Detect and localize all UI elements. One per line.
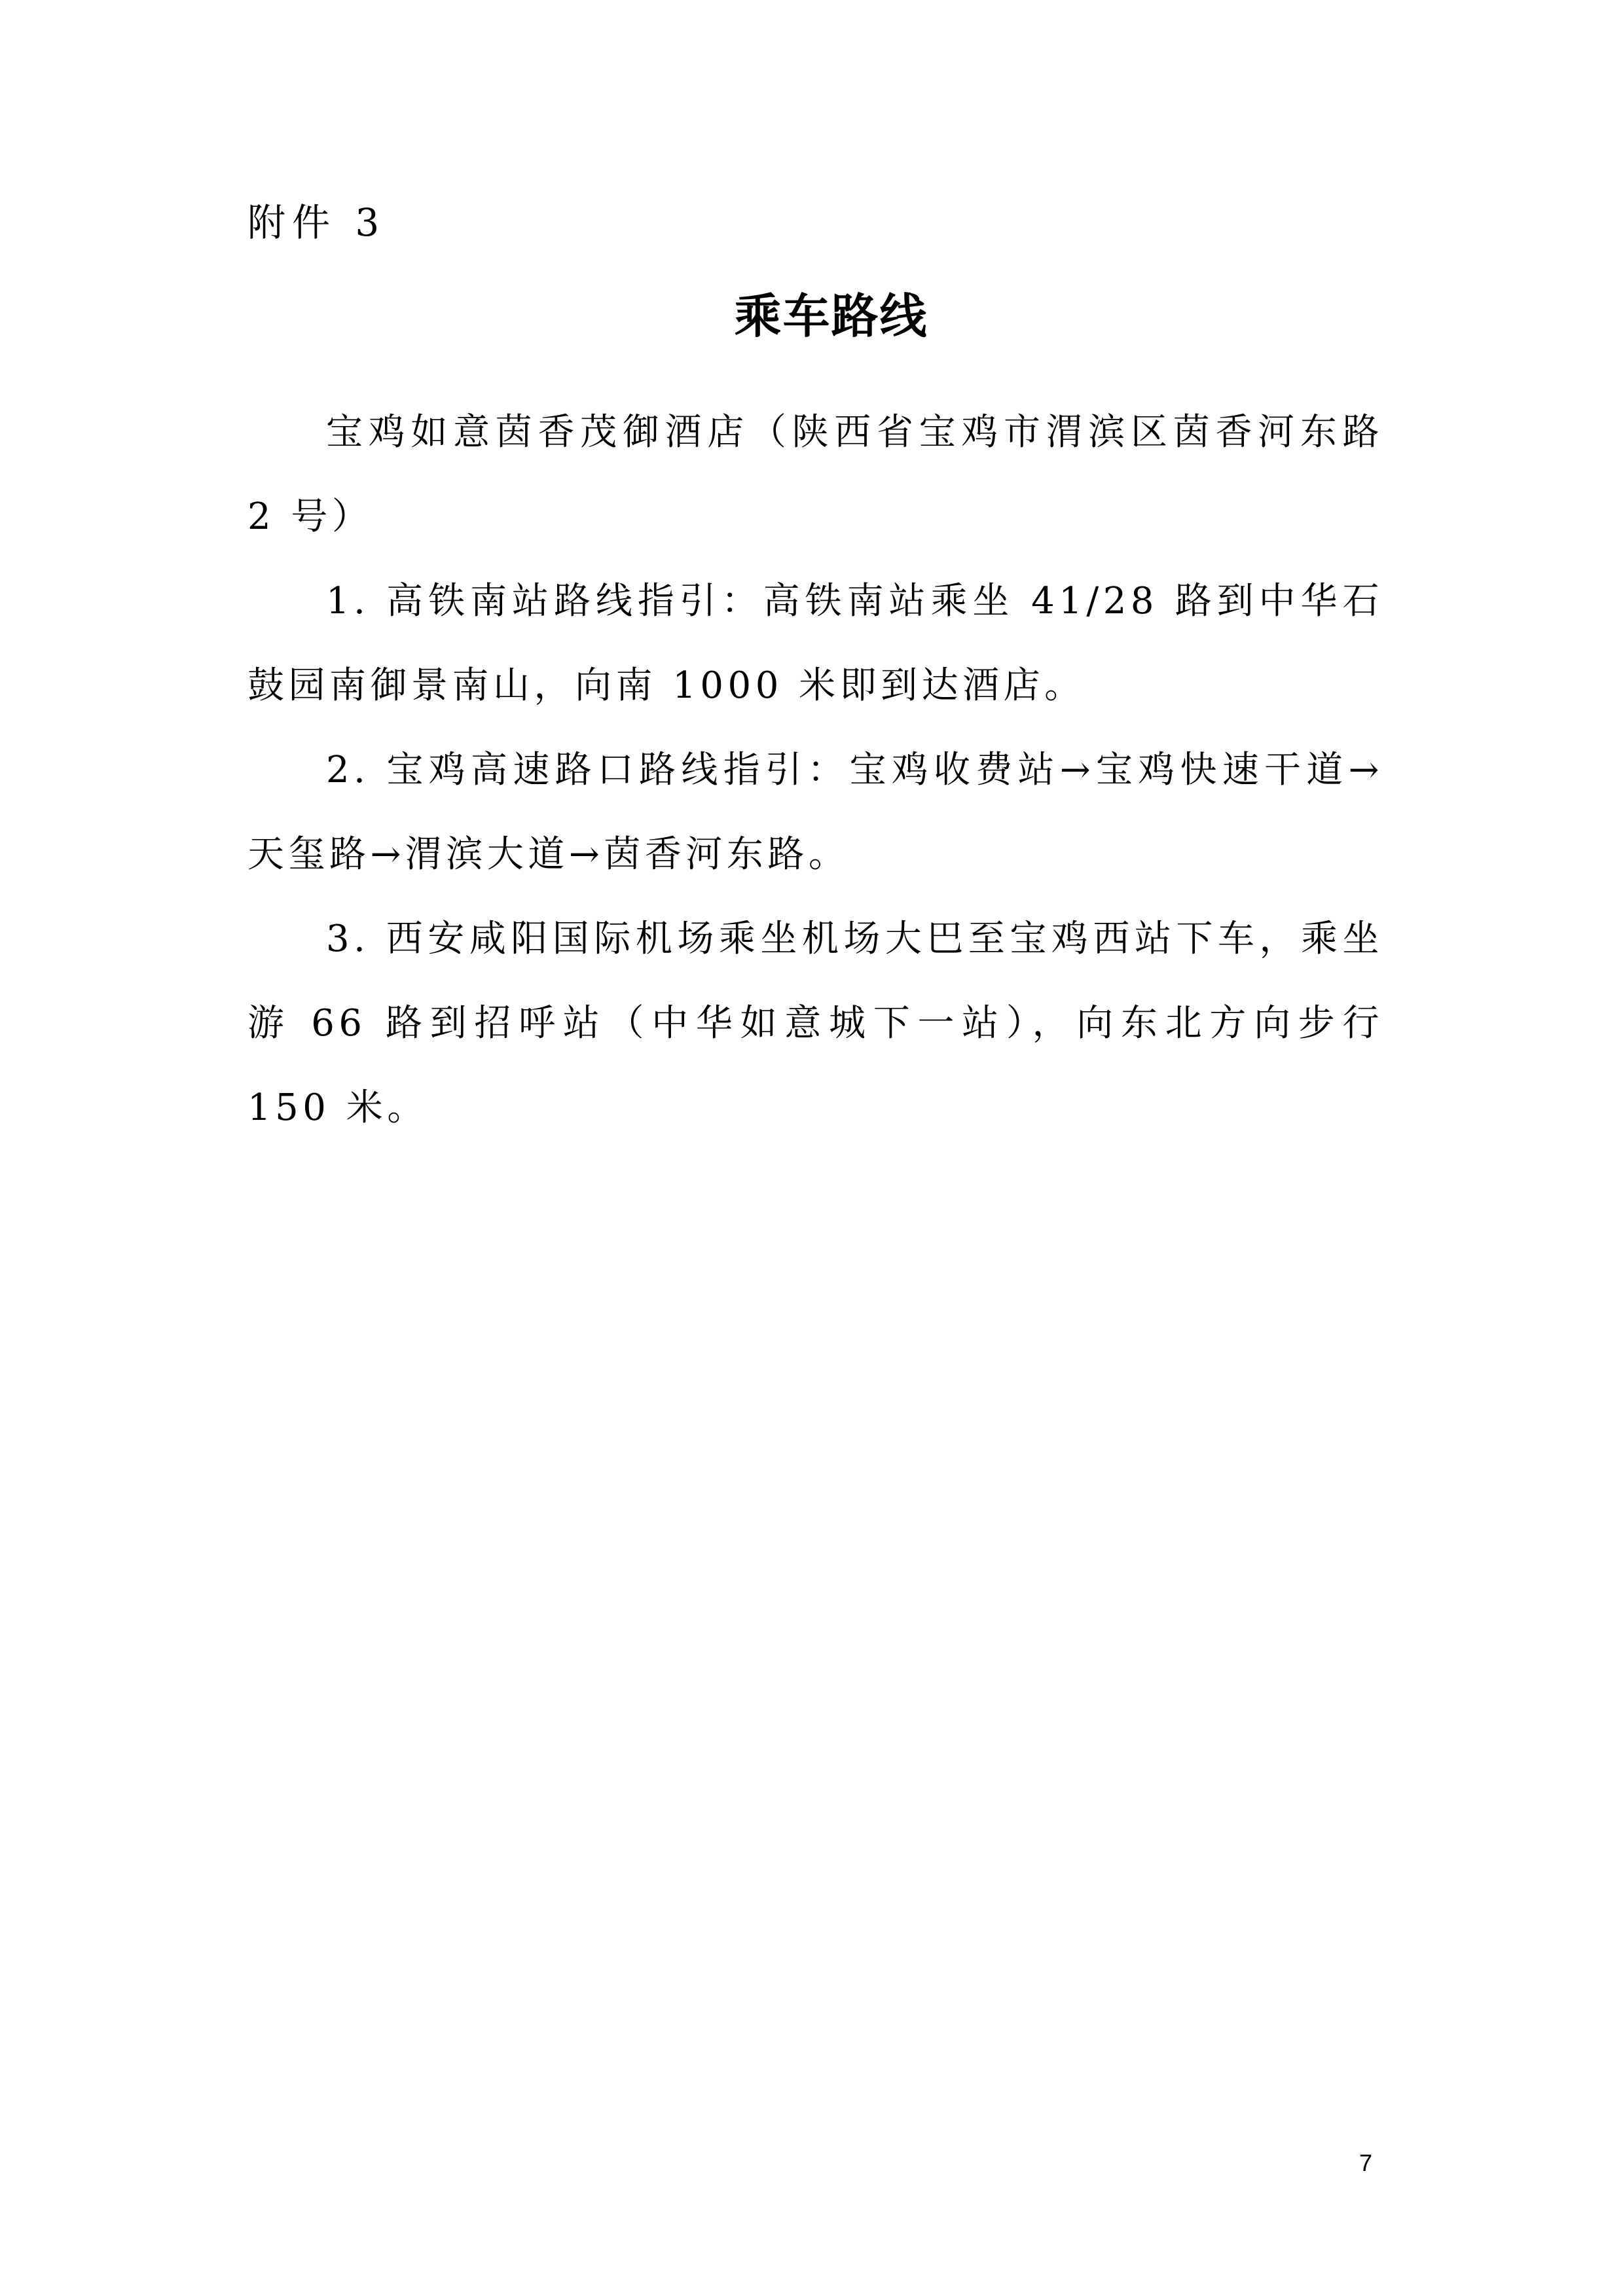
route-expressway-paragraph: 2. 宝鸡高速路口路线指引：宝鸡收费站→宝鸡快速干道→天玺路→渭滨大道→茵香河东… — [247, 728, 1383, 897]
page-number: 7 — [1359, 2149, 1372, 2178]
document-page: 附件 3 乘车路线 宝鸡如意茵香茂御酒店（陕西省宝鸡市渭滨区茵香河东路 2 号）… — [0, 0, 1623, 2296]
route-high-speed-rail-paragraph: 1. 高铁南站路线指引：高铁南站乘坐 41/28 路到中华石鼓园南御景南山，向南… — [247, 559, 1383, 728]
attachment-label: 附件 3 — [247, 196, 386, 249]
hotel-address-paragraph: 宝鸡如意茵香茂御酒店（陕西省宝鸡市渭滨区茵香河东路 2 号） — [247, 390, 1383, 559]
document-body: 宝鸡如意茵香茂御酒店（陕西省宝鸡市渭滨区茵香河东路 2 号） 1. 高铁南站路线… — [247, 390, 1383, 1150]
route-airport-paragraph: 3. 西安咸阳国际机场乘坐机场大巴至宝鸡西站下车，乘坐游 66 路到招呼站（中华… — [247, 897, 1383, 1150]
page-title: 乘车路线 — [0, 287, 1623, 346]
